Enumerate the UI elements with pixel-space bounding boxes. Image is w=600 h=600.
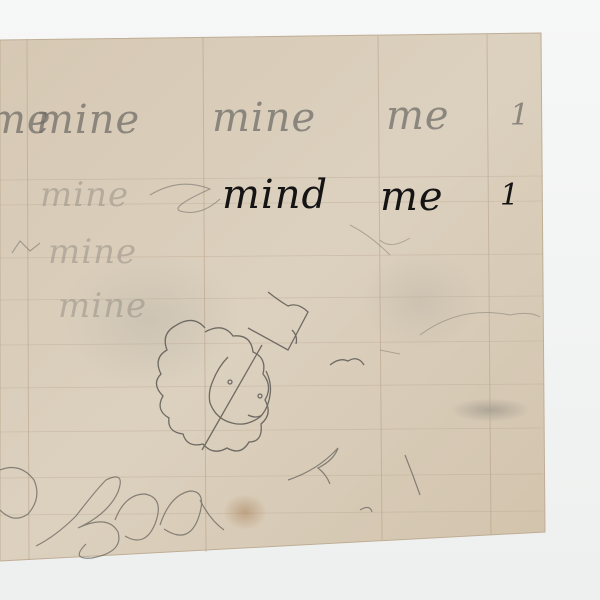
row-1-number: 1 (510, 98, 530, 133)
row-1-word-3: mine (212, 95, 316, 141)
row-3-word: mine (48, 232, 137, 272)
practice-sheet: me mine mine me 1 mine mind me 1 mine mi… (0, 0, 600, 600)
row-4-word: mine (58, 286, 147, 326)
row-1-word-4: me (386, 93, 450, 139)
row-2-ink-word-1: mind (222, 172, 328, 218)
row-2-pencil-word: mine (40, 175, 129, 215)
row-2-number: 1 (500, 178, 520, 213)
row-1-word-2: mine (36, 97, 140, 143)
row-2-ink-word-2: me (380, 174, 444, 220)
